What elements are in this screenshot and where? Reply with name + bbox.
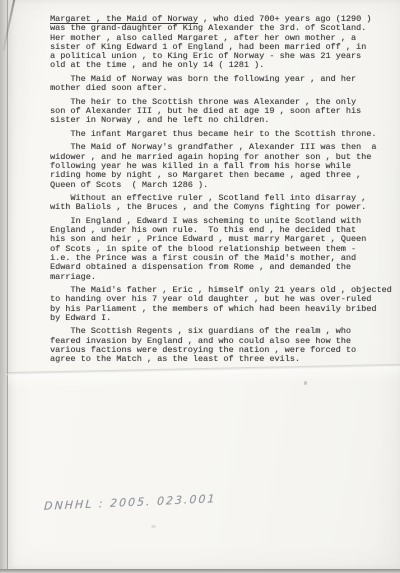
corner-crease: [2, 0, 15, 51]
paragraph: The Maid's father , Eric , himself only …: [50, 286, 395, 323]
paragraph: Without an effective ruler , Scotland fe…: [50, 194, 395, 213]
typed-text: Margaret , the Maid of Norway , who died…: [50, 15, 395, 369]
text-line: marriage.: [50, 273, 395, 282]
text-line: Queen of Scots ( March 1286 ).: [50, 181, 395, 190]
paragraph: Margaret , the Maid of Norway , who died…: [50, 15, 395, 71]
paper-speck: [304, 381, 307, 385]
paragraph: The Scottish Regents , six guardians of …: [50, 327, 395, 364]
text-line: agree to the Match , as the least of thr…: [50, 355, 395, 364]
text-line: The infant Margaret thus became heir to …: [50, 130, 395, 139]
scan-bottom-edge: [0, 569, 400, 573]
text-line: old at the time , and he only 14 ( 1281 …: [50, 61, 395, 70]
paragraph: The infant Margaret thus became heir to …: [50, 130, 395, 139]
paragraph: The heir to the Scottish throne was Alex…: [50, 98, 395, 126]
text-line: by Edward I.: [50, 314, 395, 323]
text-line: Edward obtained a dispensation from Rome…: [50, 263, 395, 272]
text-line: with Baliols , the Bruces , and the Comy…: [50, 203, 395, 212]
catalog-annotation: DNHHL : 2005. 023.001: [44, 492, 217, 513]
paragraph: The Maid of Norway was born the followin…: [50, 75, 395, 94]
text-line: sister in Norway , and he left no childr…: [50, 116, 395, 125]
text-line: mother died soon after.: [50, 84, 395, 93]
document-scan: Margaret , the Maid of Norway , who died…: [0, 0, 400, 573]
paper-speck: [151, 525, 156, 528]
paper-sheet: Margaret , the Maid of Norway , who died…: [7, 0, 400, 569]
paragraph: In England , Edward I was scheming to un…: [50, 217, 395, 282]
paragraph: The Maid of Norway's grandfather , Alexa…: [50, 143, 395, 189]
